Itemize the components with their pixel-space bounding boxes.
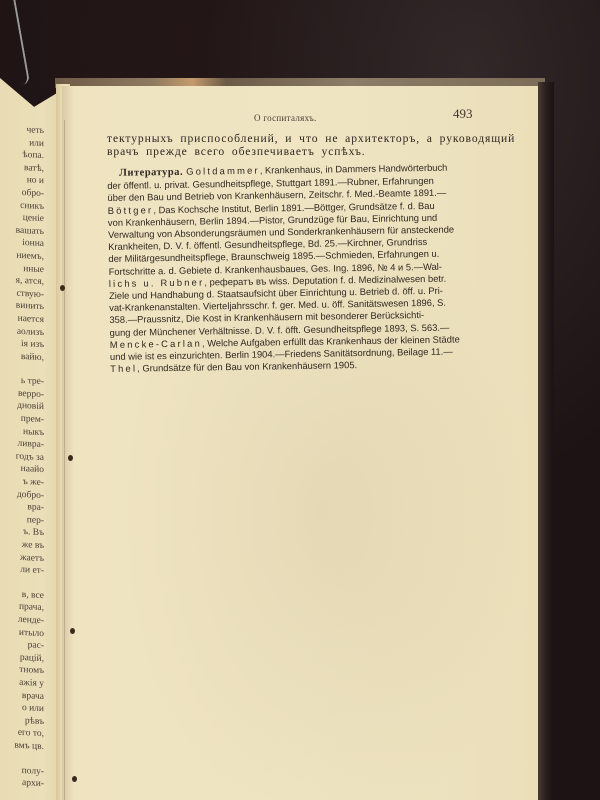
citation-text: , Grundsätze für den Bau von Krankenhäus…	[137, 359, 357, 373]
left-page-line: архи-	[0, 776, 44, 791]
binding-stitch	[72, 776, 77, 782]
binding-stitch	[68, 455, 73, 461]
body-line: врачъ прежде всего обезпечиваетъ успѣхъ.	[107, 145, 547, 158]
author-name: Mencke-Carlan	[110, 337, 202, 349]
literature-label: Литература.	[119, 167, 186, 179]
author-name: lichs u. Rubner	[109, 276, 205, 288]
left-page: четьилиѣопа.ватѣ,но иобро-сникъценіеваша…	[0, 78, 62, 800]
body-line: тектурныхъ приспособлений, и что не архи…	[107, 132, 547, 145]
binding-stitch	[70, 628, 75, 634]
author-name: Goltdammer	[186, 165, 260, 177]
author-name: Böttger	[108, 204, 154, 216]
running-head: О госпиталяхъ.	[254, 113, 317, 123]
author-name: Thel	[110, 363, 137, 374]
body-paragraph: тектурныхъ приспособлений, и что не архи…	[107, 132, 547, 158]
citation-text: , Krankenhaus, in Dammers Handwörterbuch	[260, 162, 448, 176]
book-cover-edge	[538, 82, 554, 800]
gutter-fold-line	[64, 120, 65, 800]
bibliography: Литература. Goltdammer, Krankenhaus, in …	[107, 160, 540, 375]
left-page-text: четьилиѣопа.ватѣ,но иобро-сникъценіеваша…	[0, 123, 44, 791]
binding-stitch	[60, 285, 65, 291]
page-number: 493	[453, 106, 473, 122]
